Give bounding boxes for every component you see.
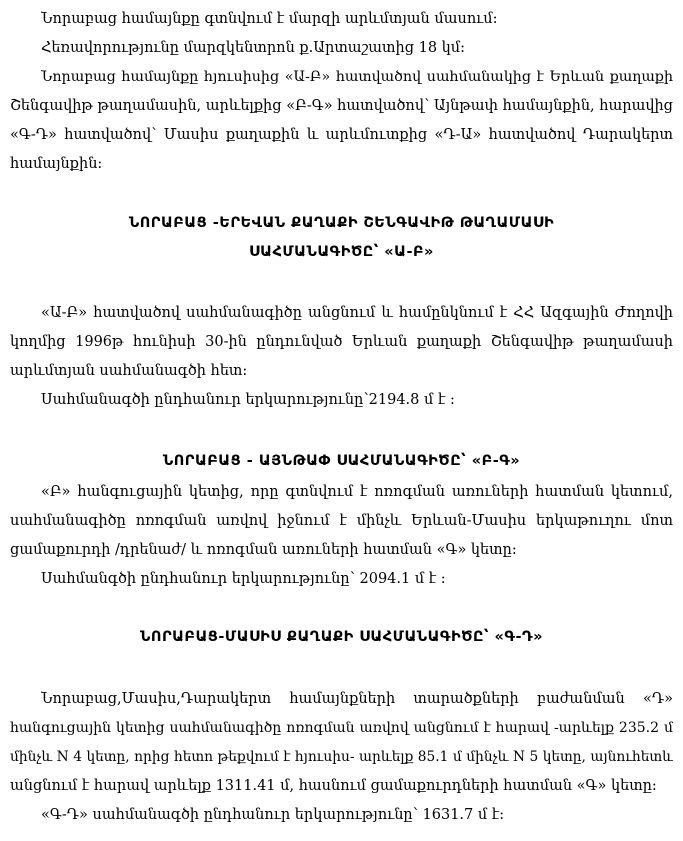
section-3-body-line-1: Նորաբաց,Մասիս,Դարակերտ համայնքների տարած… xyxy=(41,689,673,709)
intro-paragraph-2: Հեռավորությունը մարզկենտրոն ք.Արտաշատից … xyxy=(41,38,673,58)
section-2-heading: ՆՈՐԱԲԱՑ - ԱՅՆԹԱՓ ՍԱՀՄԱՆԱԳԻԾԸ՝ «Բ-Գ» xyxy=(0,451,683,471)
intro-paragraph-3-line-3: «Գ-Դ» հատվածով՝ Մասիս քաղաքին և արևմուտք… xyxy=(10,125,673,145)
section-3-body-line-2: հանգուցային կետից սահմանագիծը ոռոգման առ… xyxy=(10,718,673,738)
intro-paragraph-1: Նորաբաց համայնքը գտնվում է մարզի արևմտյա… xyxy=(41,9,673,29)
section-1-body-line-3: արևմտյան սահմանագծի հետ: xyxy=(10,361,673,381)
section-1-length: Սահմանագծի ընդհանուր երկարությունը՝2194.… xyxy=(41,390,673,410)
intro-paragraph-3-line-1: Նորաբաց համայնքը հյուսիսից «Ա-Բ» հատվածո… xyxy=(41,67,673,87)
section-2-body-line-1: «Բ» հանգուցային կետից, որը գտնվում է ոռո… xyxy=(41,482,673,502)
section-1-body-line-2: կողմից 1996թ հունիսի 30-ին ընդունված Երև… xyxy=(10,332,673,352)
section-1-body-line-1: «Ա-Բ» հատվածով սահմանագիծը անցնում և համ… xyxy=(41,303,673,323)
section-2-body-line-2: սահմանագիծը ոռոգման առվով իջնում է մինչև… xyxy=(10,511,673,531)
intro-paragraph-3-line-2: Շենգավիթ թաղամասին, արևելքից «Բ-Գ» հատվա… xyxy=(10,96,673,116)
intro-paragraph-3-line-4: համայնքին: xyxy=(10,154,673,174)
section-1-heading-line-2: ՍԱՀՄԱՆԱԳԻԾԸ՝ «Ա-Բ» xyxy=(0,242,683,262)
section-2-body-line-3: ցամաքուրդի /դրենաժ/ և ոռոգման առուների հ… xyxy=(10,540,673,560)
section-3-length: «Գ-Դ» սահմանագծի ընդհանուր երկարությունը… xyxy=(41,805,673,825)
section-2-length: Սահմանգծի ընդհանուր երկարությունը՝ 2094.… xyxy=(41,569,673,589)
document-page: Նորաբաց համայնքը գտնվում է մարզի արևմտյա… xyxy=(0,0,683,841)
section-3-heading: ՆՈՐԱԲԱՑ-ՄԱՍԻՍ ՔԱՂԱՔԻ ՍԱՀՄԱՆԱԳԻԾԸ՝ «Գ-Դ» xyxy=(0,627,683,647)
section-1-heading-line-1: ՆՈՐԱԲԱՑ -ԵՐԵՎԱՆ ՔԱՂԱՔԻ ՇԵՆԳԱՎԻԹ ԹԱՂԱՄԱՍԻ xyxy=(0,213,683,233)
section-3-body-line-3: մինչև N 4 կետը, որից հետո թեքվում է հյու… xyxy=(10,747,673,767)
section-3-body-line-4: անցնում է հարավ արևելք 1311.41 մ, հասնու… xyxy=(10,776,673,796)
